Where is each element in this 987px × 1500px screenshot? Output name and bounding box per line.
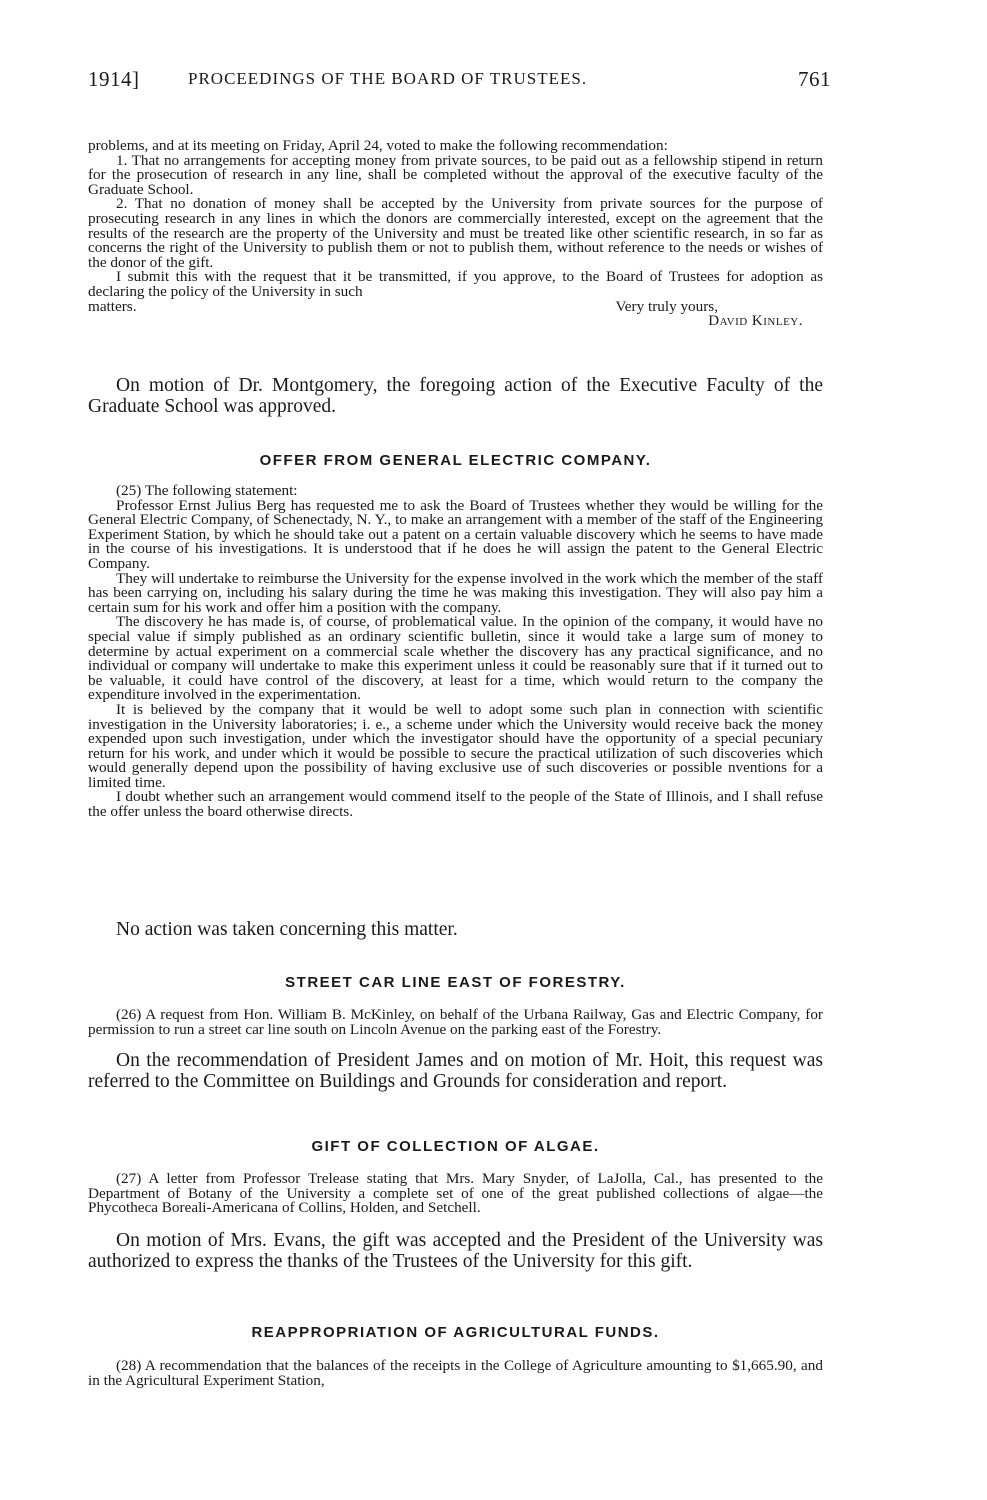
- paragraph: Professor Ernst Julius Berg has requeste…: [88, 499, 823, 572]
- paragraph: It is believed by the company that it wo…: [88, 703, 823, 791]
- section-heading-general-electric: OFFER FROM GENERAL ELECTRIC COMPANY.: [88, 452, 823, 469]
- page-number: 761: [798, 67, 831, 92]
- resolution-text: On motion of Dr. Montgomery, the foregoi…: [88, 376, 823, 417]
- section-agricultural-funds: (28) A recommendation that the balances …: [88, 1359, 823, 1388]
- resolution-text: On motion of Mrs. Evans, the gift was ac…: [88, 1231, 823, 1272]
- resolution-algae: On motion of Mrs. Evans, the gift was ac…: [88, 1231, 823, 1272]
- item-paragraph: (27) A letter from Professor Trelease st…: [88, 1172, 823, 1216]
- section-street-car: (26) A request from Hon. William B. McKi…: [88, 1008, 823, 1037]
- recommendation-item-2: 2. That no donation of money shall be ac…: [88, 197, 823, 270]
- running-head: 1914] PROCEEDINGS OF THE BOARD OF TRUSTE…: [88, 67, 823, 93]
- paragraph: I doubt whether such an arrangement woul…: [88, 790, 823, 819]
- section-general-electric: (25) The following statement: Professor …: [88, 484, 823, 820]
- signature: David Kinley.: [88, 314, 823, 328]
- resolution-text: On the recommendation of President James…: [88, 1051, 823, 1092]
- submission-end: matters.: [88, 300, 137, 315]
- valediction-line: matters. Very truly yours,: [88, 300, 823, 315]
- year-marker: 1914]: [88, 67, 140, 92]
- item-paragraph: (28) A recommendation that the balances …: [88, 1359, 823, 1388]
- section-algae: (27) A letter from Professor Trelease st…: [88, 1172, 823, 1216]
- section-heading-street-car: STREET CAR LINE EAST OF FORESTRY.: [88, 974, 823, 991]
- letter-closing: Very truly yours,: [616, 300, 719, 315]
- paragraph: They will undertake to reimburse the Uni…: [88, 572, 823, 616]
- running-title: PROCEEDINGS OF THE BOARD OF TRUSTEES.: [188, 69, 587, 89]
- letter-submission: I submit this with the request that it b…: [88, 270, 823, 299]
- letter-continuation: problems, and at its meeting on Friday, …: [88, 139, 823, 328]
- section-heading-algae: GIFT OF COLLECTION OF ALGAE.: [88, 1138, 823, 1155]
- resolution-graduate-school: On motion of Dr. Montgomery, the foregoi…: [88, 376, 823, 417]
- recommendation-item-1: 1. That no arrangements for accepting mo…: [88, 154, 823, 198]
- resolution-street-car: On the recommendation of President James…: [88, 1051, 823, 1092]
- paragraph: The discovery he has made is, of course,…: [88, 615, 823, 703]
- item-paragraph: (26) A request from Hon. William B. McKi…: [88, 1008, 823, 1037]
- resolution-text: No action was taken concerning this matt…: [88, 920, 823, 941]
- resolution-general-electric: No action was taken concerning this matt…: [88, 920, 823, 941]
- section-heading-agricultural-funds: REAPPROPRIATION OF AGRICULTURAL FUNDS.: [88, 1324, 823, 1341]
